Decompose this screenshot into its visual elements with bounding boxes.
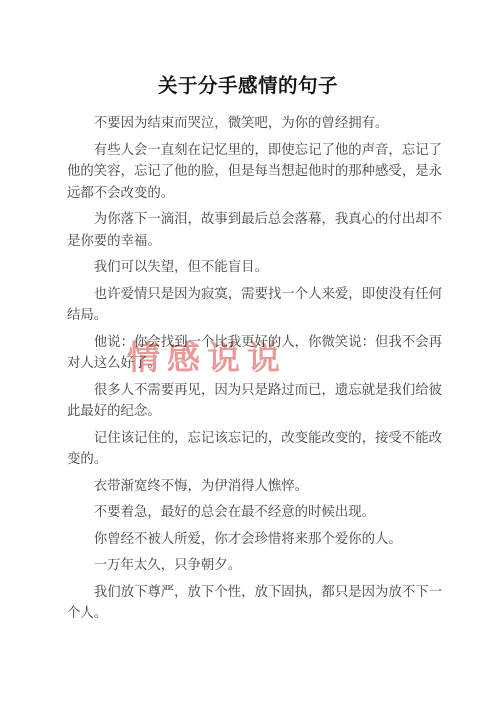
paragraph: 他说：你会找到一个比我更好的人，你微笑说：但我不会再对人这么好了。	[67, 331, 442, 374]
paragraph: 我们可以失望，但不能盲目。	[67, 256, 442, 278]
paragraph: 不要因为结束而哭泣，微笑吧，为你的曾经拥有。	[67, 112, 442, 134]
paragraph: 很多人不需要再见，因为只是路过而已，遗忘就是我们给彼此最好的纪念。	[67, 379, 442, 422]
paragraph: 也许爱情只是因为寂寞，需要找一个人来爱，即使没有任何结局。	[67, 283, 442, 326]
paragraph: 我们放下尊严，放下个性，放下固执，都只是因为放不下一个人。	[67, 581, 442, 624]
paragraph: 你曾经不被人所爱，你才会珍惜将来那个爱你的人。	[67, 528, 442, 550]
paragraph: 为你落下一滴泪，故事到最后总会落幕，我真心的付出却不是你要的幸福。	[67, 208, 442, 251]
document-page: 关于分手感情的句子 不要因为结束而哭泣，微笑吧，为你的曾经拥有。有些人会一直刻在…	[0, 0, 496, 702]
paragraph: 记住该记住的，忘记该忘记的，改变能改变的，接受不能改变的。	[67, 427, 442, 470]
paragraph: 有些人会一直刻在记忆里的，即使忘记了他的声音，忘记了他的笑容，忘记了他的脸，但是…	[67, 139, 442, 204]
paragraph: 一万年太久，只争朝夕。	[67, 554, 442, 576]
paragraph: 不要着急，最好的总会在最不经意的时候出现。	[67, 501, 442, 523]
paragraph-list: 不要因为结束而哭泣，微笑吧，为你的曾经拥有。有些人会一直刻在记忆里的，即使忘记了…	[67, 112, 442, 624]
page-title: 关于分手感情的句子	[0, 0, 496, 100]
paragraph: 衣带渐宽终不悔，为伊消得人憔悴。	[67, 475, 442, 497]
